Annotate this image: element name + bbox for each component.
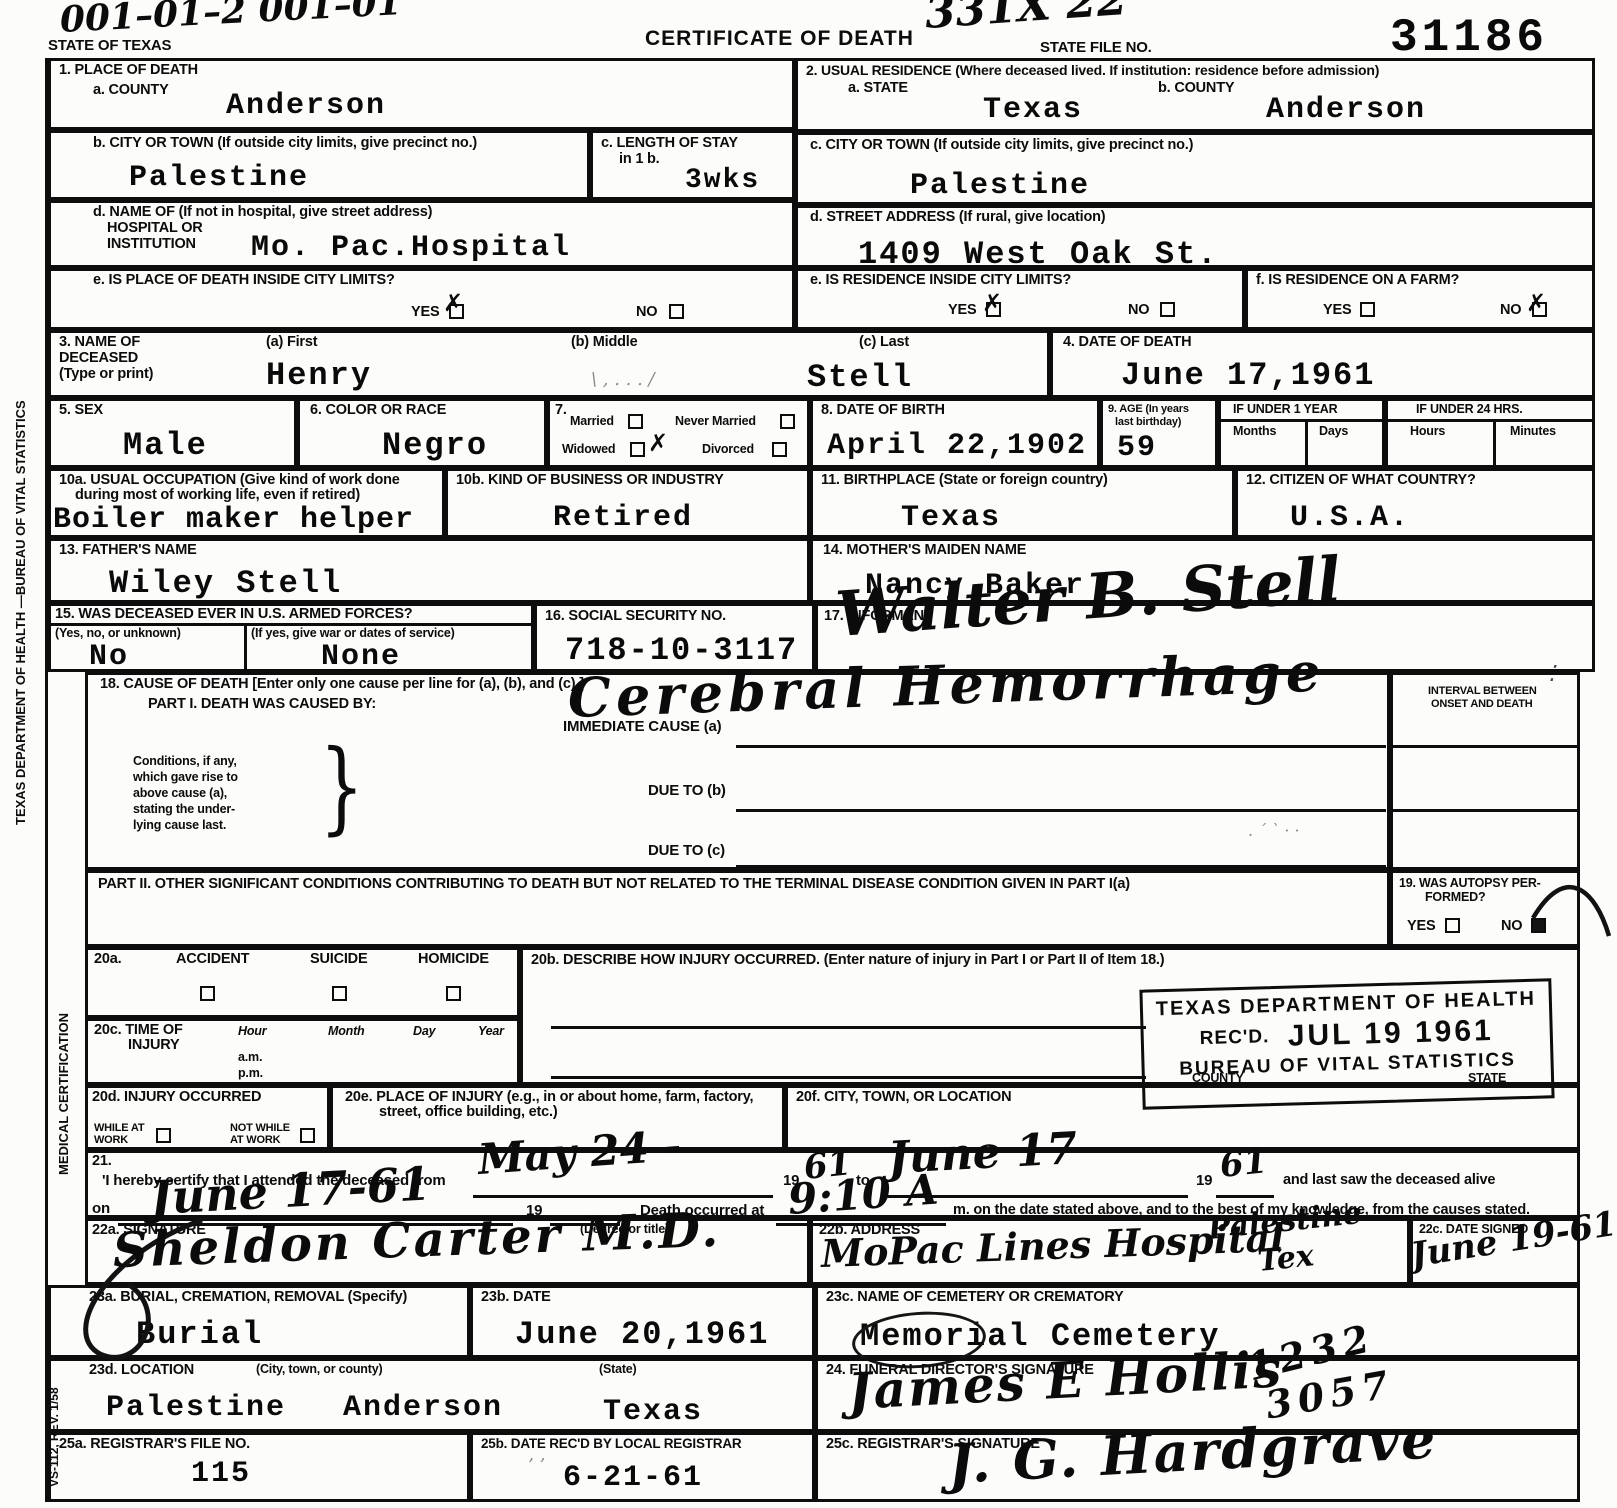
- injury-blank-line-1: [551, 1026, 1146, 1029]
- section-1-label: 1. PLACE OF DEATH: [59, 63, 198, 79]
- no-label: NO: [1128, 303, 1149, 319]
- accident-label: ACCIDENT: [176, 952, 249, 968]
- checkbox-widowed: [630, 442, 645, 457]
- armed-forces-sub2-label: (If yes, give war or dates of service): [251, 627, 455, 641]
- widowed-label: Widowed: [562, 443, 615, 457]
- armed-forces-answer: No: [89, 640, 129, 674]
- armed-forces-sub1-label: (Yes, no, or unknown): [55, 627, 181, 641]
- section-1e-city-limits: e. IS PLACE OF DEATH INSIDE CITY LIMITS?…: [48, 268, 795, 330]
- yes-label: YES: [1323, 303, 1351, 319]
- place-city-limits-label: e. IS PLACE OF DEATH INSIDE CITY LIMITS?: [93, 273, 395, 289]
- injury-blank-line-2: [551, 1076, 1146, 1079]
- hospital-label-1: d. NAME OF (If not in hospital, give str…: [93, 205, 432, 221]
- residence-state-label: a. STATE: [848, 81, 908, 97]
- not-while-label-2: AT WORK: [230, 1134, 280, 1146]
- age-value: 59: [1117, 431, 1157, 465]
- section-1b-city: b. CITY OR TOWN (If outside city limits,…: [48, 130, 590, 200]
- last-name-label: (c) Last: [859, 335, 909, 351]
- pen-stroke-autopsy: [1525, 840, 1617, 940]
- length-of-stay-label: c. LENGTH OF STAY: [601, 136, 738, 152]
- section-4-date-of-death: 4. DATE OF DEATH June 17,1961: [1050, 330, 1595, 398]
- while-at-work-label-2: WORK: [94, 1134, 128, 1146]
- section-1a-county: 1. PLACE OF DEATH a. COUNTY Anderson: [48, 58, 795, 130]
- section-2e-city-limits: e. IS RESIDENCE INSIDE CITY LIMITS? YES …: [795, 268, 1245, 330]
- registrar-file-value: 115: [191, 1457, 251, 1491]
- section-20d-injury-occurred: 20d. INJURY OCCURRED WHILE AT WORK NOT W…: [85, 1085, 330, 1150]
- conditions-brace: }: [320, 737, 365, 837]
- section-8-date-of-birth: 8. DATE OF BIRTH April 22,1902: [810, 398, 1100, 468]
- section-2c-city: c. CITY OR TOWN (If outside city limits,…: [795, 132, 1595, 205]
- part1-label: PART I. DEATH WAS CAUSED BY:: [148, 697, 376, 713]
- checkmark-farm-no: ✗: [1526, 291, 1546, 315]
- yes-label: YES: [1407, 919, 1435, 935]
- handwritten-code-center: 331X 22: [923, 0, 1128, 36]
- registrar-file-label: 25a. REGISTRAR'S FILE NO.: [59, 1437, 250, 1453]
- certify-text-2: and last saw the deceased alive: [1283, 1173, 1495, 1189]
- section-11-birthplace: 11. BIRTHPLACE (State or foreign country…: [810, 468, 1235, 538]
- no-label: NO: [636, 305, 657, 321]
- date-of-birth-label: 8. DATE OF BIRTH: [821, 403, 945, 419]
- due-to-c-label: DUE TO (c): [648, 843, 725, 860]
- state-of-texas-label: STATE OF TEXAS: [48, 38, 171, 55]
- section-2-label: 2. USUAL RESIDENCE (Where deceased lived…: [806, 63, 1379, 78]
- county-sub-label: COUNTY: [1192, 1072, 1244, 1086]
- hours-minutes-divider: [1493, 419, 1496, 468]
- conditions-note-2: which gave rise to: [133, 771, 238, 785]
- interval-label-1: INTERVAL BETWEEN: [1428, 685, 1537, 697]
- father-value: Wiley Stell: [109, 565, 342, 602]
- due-to-c-line: [736, 865, 1386, 868]
- occupation-label-2: during most of working life, even if ret…: [75, 488, 360, 504]
- section-23b-date: 23b. DATE June 20,1961: [470, 1285, 815, 1358]
- section-15-armed-forces: 15. WAS DECEASED EVER IN U.S. ARMED FORC…: [48, 603, 534, 672]
- checkbox-homicide: [446, 986, 461, 1001]
- location-city-value: Palestine: [106, 1391, 286, 1425]
- never-married-label: Never Married: [675, 415, 756, 429]
- hospital-value: Mo. Pac.Hospital: [251, 231, 571, 265]
- received-stamp: TEXAS DEPARTMENT OF HEALTH REC'D. JUL 19…: [1139, 978, 1554, 1109]
- death-time-handwriting: 9:10 A: [787, 1169, 940, 1221]
- date-received-label: 25b. DATE REC'D BY LOCAL REGISTRAR: [481, 1437, 741, 1452]
- immediate-cause-line: [736, 745, 1386, 748]
- state-sub-label: STATE: [1468, 1072, 1506, 1086]
- conditions-note-1: Conditions, if any,: [133, 755, 237, 769]
- conditions-note-5: lying cause last.: [133, 819, 226, 833]
- injury-occurred-label: 20d. INJURY OCCURRED: [92, 1090, 261, 1106]
- residence-city-label: c. CITY OR TOWN (If outside city limits,…: [810, 138, 1193, 154]
- due-to-b-line: [736, 809, 1386, 812]
- interval-label-2: ONSET AND DEATH: [1431, 698, 1533, 710]
- under-24-hrs-label: IF UNDER 24 HRS.: [1416, 403, 1523, 417]
- stray-tick-marks: ’ ’: [528, 1457, 545, 1475]
- yes-label: YES: [411, 305, 439, 321]
- race-value: Negro: [382, 427, 488, 464]
- name-label-1: 3. NAME OF: [59, 335, 140, 351]
- industry-label: 10b. KIND OF BUSINESS OR INDUSTRY: [456, 473, 724, 489]
- checkmark-widowed: ✗: [648, 431, 668, 455]
- burial-date-value: June 20,1961: [515, 1316, 769, 1353]
- checkbox-never-married: [780, 414, 795, 429]
- section-2f-farm: f. IS RESIDENCE ON A FARM? YES NO ✗: [1245, 268, 1595, 330]
- attended-from-line: [473, 1195, 773, 1198]
- residence-county-label: b. COUNTY: [1158, 81, 1234, 97]
- cemetery-label: 23c. NAME OF CEMETERY OR CREMATORY: [826, 1290, 1123, 1306]
- checkmark-place-limits-yes: ✗: [443, 291, 463, 315]
- autopsy-label-2: FORMED?: [1425, 891, 1485, 905]
- last-seen-date-handwriting: June 17-61: [149, 1160, 432, 1221]
- section-9-under-24-hrs: IF UNDER 24 HRS. Hours Minutes: [1385, 398, 1595, 468]
- section-25a-registrar-file: 25a. REGISTRAR'S FILE NO. 115: [48, 1432, 470, 1502]
- pm-label: p.m.: [238, 1067, 263, 1081]
- conditions-note-4: stating the under-: [133, 803, 235, 817]
- interval-line-a: [1393, 745, 1578, 748]
- city-town-county-sub-label: (City, town, or county): [256, 1363, 382, 1377]
- months-label: Months: [1233, 425, 1276, 439]
- state-sub-label-23d: (State): [599, 1363, 637, 1377]
- city-label: b. CITY OR TOWN (If outside city limits,…: [93, 136, 477, 152]
- county-value: Anderson: [226, 89, 386, 123]
- section-20c-time-of-injury: 20c. TIME OF INJURY Hour a.m. p.m. Month…: [85, 1018, 520, 1085]
- section-25c-registrar-signature: 25c. REGISTRAR'S SIGNATURE J. G. Hardgra…: [815, 1432, 1580, 1502]
- section-22b-address: 22b. ADDRESS MoPac Lines Hospital Palest…: [810, 1218, 1410, 1285]
- due-to-b-label: DUE TO (b): [648, 783, 726, 800]
- checkbox-suicide: [332, 986, 347, 1001]
- section-18-part2: PART II. OTHER SIGNIFICANT CONDITIONS CO…: [85, 870, 1390, 947]
- death-certificate-page: TEXAS DEPARTMENT OF HEALTH —BUREAU OF VI…: [0, 0, 1617, 1508]
- place-of-injury-label-2: street, office building, etc.): [379, 1105, 558, 1121]
- city-value: Palestine: [129, 161, 309, 195]
- year-b-line: [1216, 1195, 1274, 1198]
- section-10b-industry: 10b. KIND OF BUSINESS OR INDUSTRY Retire…: [445, 468, 810, 538]
- name-label-3: (Type or print): [59, 367, 153, 383]
- length-of-stay-value: 3wks: [685, 165, 760, 196]
- name-label-2: DECEASED: [59, 351, 138, 367]
- location-state-value: Texas: [603, 1395, 703, 1429]
- middle-name-label: (b) Middle: [571, 335, 637, 351]
- armed-forces-sub-divider: [244, 623, 247, 672]
- divorced-label: Divorced: [702, 443, 754, 457]
- last-name-value: Stell: [807, 359, 913, 396]
- section-12-citizen: 12. CITIZEN OF WHAT COUNTRY? U.S.A.: [1235, 468, 1595, 538]
- sex-value: Male: [123, 427, 208, 464]
- section-2d-street: d. STREET ADDRESS (If rural, give locati…: [795, 205, 1595, 268]
- checkbox-while-at-work: [156, 1128, 171, 1143]
- scan-noise-mark: ⁚: [1548, 664, 1555, 686]
- yes-label: YES: [948, 303, 976, 319]
- section-9-age: 9. AGE (In years last birthday) 59: [1100, 398, 1218, 468]
- length-of-stay-label2: in 1 b.: [619, 152, 660, 168]
- section-3-name: 3. NAME OF DECEASED (Type or print) (a) …: [48, 330, 1050, 398]
- section-13-father: 13. FATHER'S NAME Wiley Stell: [48, 538, 810, 603]
- printed-19-b: 19: [1196, 1173, 1212, 1190]
- year-61-b: 61: [1218, 1144, 1269, 1183]
- date-of-death-label: 4. DATE OF DEATH: [1063, 335, 1191, 351]
- marital-label: 7.: [555, 403, 567, 419]
- handwritten-file-codes: 001–01–2 001–01: [59, 0, 402, 38]
- residence-county-value: Anderson: [1266, 93, 1426, 127]
- section-20a-accident-suicide-homicide: 20a. ACCIDENT SUICIDE HOMICIDE: [85, 947, 520, 1018]
- middle-name-faint-marks: \ , . . . /: [591, 371, 655, 389]
- under-24-hrs-divider: [1388, 419, 1595, 422]
- interval-line-b: [1393, 809, 1578, 812]
- birthplace-label: 11. BIRTHPLACE (State or foreign country…: [821, 473, 1108, 489]
- father-label: 13. FATHER'S NAME: [59, 543, 197, 559]
- describe-injury-label: 20b. DESCRIBE HOW INJURY OCCURRED. (Ente…: [531, 953, 1164, 969]
- checkbox-place-limits-no: [669, 304, 684, 319]
- months-days-divider: [1305, 419, 1308, 468]
- month-label: Month: [328, 1025, 364, 1039]
- section-22c-date-signed: 22c. DATE SIGNED June 19-61: [1410, 1218, 1580, 1285]
- minutes-label: Minutes: [1510, 425, 1556, 439]
- hours-label: Hours: [1410, 425, 1445, 439]
- section-22a-signature: 22a. SIGNATURE (Degree or title) Sheldon…: [85, 1218, 810, 1285]
- first-name-label: (a) First: [266, 335, 317, 351]
- street-address-label: d. STREET ADDRESS (If rural, give locati…: [810, 210, 1105, 226]
- day-label: Day: [413, 1025, 435, 1039]
- mother-label: 14. MOTHER'S MAIDEN NAME: [823, 543, 1026, 559]
- conditions-note-3: above cause (a),: [133, 787, 227, 801]
- while-at-work-label-1: WHILE AT: [94, 1122, 144, 1134]
- section-25b-date-received: 25b. DATE REC'D BY LOCAL REGISTRAR 6-21-…: [470, 1432, 815, 1502]
- section-18-cause-of-death: 18. CAUSE OF DEATH [Enter only one cause…: [85, 672, 1390, 870]
- medical-certification-vertical-label: MEDICAL CERTIFICATION: [57, 845, 70, 1175]
- married-label: Married: [570, 415, 614, 429]
- industry-value: Retired: [553, 501, 693, 535]
- first-name-value: Henry: [266, 357, 372, 394]
- ssn-label: 16. SOCIAL SECURITY NO.: [545, 609, 726, 625]
- section-9-under-1-year: IF UNDER 1 YEAR Months Days: [1218, 398, 1385, 468]
- homicide-label: HOMICIDE: [418, 952, 489, 968]
- date-of-death-value: June 17,1961: [1121, 357, 1375, 394]
- year-label: Year: [478, 1025, 504, 1039]
- citizen-value: U.S.A.: [1290, 501, 1410, 535]
- stamp-recd-label: REC'D.: [1199, 1026, 1269, 1050]
- section-1c-length-of-stay: c. LENGTH OF STAY in 1 b. 3wks: [590, 130, 795, 200]
- stray-dots: . ´ ` · ·: [1248, 823, 1300, 839]
- section-2ab-state-county: 2. USUAL RESIDENCE (Where deceased lived…: [795, 58, 1595, 132]
- date-of-birth-value: April 22,1902: [827, 429, 1087, 463]
- checkmark-residence-limits-yes: ✗: [982, 291, 1002, 315]
- residence-limits-label: e. IS RESIDENCE INSIDE CITY LIMITS?: [810, 273, 1071, 289]
- armed-forces-value: None: [321, 640, 401, 674]
- state-file-number: 31186: [1390, 12, 1548, 64]
- suicide-label: SUICIDE: [310, 952, 367, 968]
- occupation-value: Boiler maker helper: [53, 503, 414, 537]
- section-1d-hospital: d. NAME OF (If not in hospital, give str…: [48, 200, 795, 268]
- under-1-year-label: IF UNDER 1 YEAR: [1233, 403, 1337, 417]
- no-label: NO: [1501, 919, 1522, 935]
- hour-label: Hour: [238, 1025, 266, 1039]
- race-label: 6. COLOR OR RACE: [310, 403, 446, 419]
- date-received-value: 6-21-61: [563, 1461, 703, 1495]
- section-6-race: 6. COLOR OR RACE Negro: [297, 398, 547, 468]
- hospital-label-2: HOSPITAL OR: [107, 221, 203, 237]
- burial-date-label: 23b. DATE: [481, 1290, 551, 1306]
- autopsy-label-1: 19. WAS AUTOPSY PER-: [1399, 877, 1541, 891]
- residence-farm-label: f. IS RESIDENCE ON A FARM?: [1256, 273, 1459, 289]
- days-label: Days: [1319, 425, 1348, 439]
- part2-label: PART II. OTHER SIGNIFICANT CONDITIONS CO…: [98, 877, 1130, 893]
- residence-city-value: Palestine: [910, 169, 1090, 203]
- checkbox-residence-limits-no: [1160, 302, 1175, 317]
- sex-label: 5. SEX: [59, 403, 103, 419]
- section-5-sex: 5. SEX Male: [48, 398, 297, 468]
- location-county-value: Anderson: [343, 1391, 503, 1425]
- attended-from-handwriting: May 24 -: [477, 1125, 683, 1181]
- age-label-2: last birthday): [1115, 416, 1181, 428]
- left-margin-agency-text: TEXAS DEPARTMENT OF HEALTH —BUREAU OF VI…: [14, 225, 27, 825]
- no-label: NO: [1500, 303, 1521, 319]
- stamp-date: JUL 19 1961: [1287, 1014, 1494, 1054]
- checkbox-farm-yes: [1360, 302, 1375, 317]
- checkbox-married: [628, 414, 643, 429]
- section-21-label: 21.: [92, 1154, 112, 1170]
- section-20a-label: 20a.: [94, 952, 121, 968]
- checkbox-accident: [200, 986, 215, 1001]
- checkbox-autopsy-yes: [1445, 918, 1460, 933]
- section-10a-occupation: 10a. USUAL OCCUPATION (Give kind of work…: [48, 468, 445, 538]
- section-7-marital-status: 7. Married Never Married Widowed ✗ Divor…: [547, 398, 810, 468]
- checkbox-divorced: [772, 442, 787, 457]
- residence-state-value: Texas: [983, 93, 1083, 127]
- checkbox-not-while-at-work: [300, 1128, 315, 1143]
- armed-forces-label: 15. WAS DECEASED EVER IN U.S. ARMED FORC…: [55, 607, 412, 623]
- age-label-1: 9. AGE (In years: [1108, 403, 1189, 415]
- am-label: a.m.: [238, 1051, 262, 1065]
- address-state-handwriting: Tex: [1256, 1241, 1315, 1277]
- not-while-label-1: NOT WHILE: [230, 1122, 290, 1134]
- page-title: CERTIFICATE OF DEATH: [645, 27, 914, 50]
- birthplace-value: Texas: [901, 501, 1001, 535]
- cause-of-death-label: 18. CAUSE OF DEATH [Enter only one cause…: [100, 677, 584, 693]
- state-file-no-label: STATE FILE NO.: [1040, 40, 1152, 57]
- county-label: a. COUNTY: [93, 83, 169, 99]
- city-town-location-label: 20f. CITY, TOWN, OR LOCATION: [796, 1090, 1011, 1106]
- citizen-label: 12. CITIZEN OF WHAT COUNTRY?: [1246, 473, 1476, 489]
- hospital-label-3: INSTITUTION: [107, 237, 196, 253]
- under-1-year-divider: [1221, 419, 1385, 422]
- time-of-injury-label-2: INJURY: [128, 1038, 179, 1054]
